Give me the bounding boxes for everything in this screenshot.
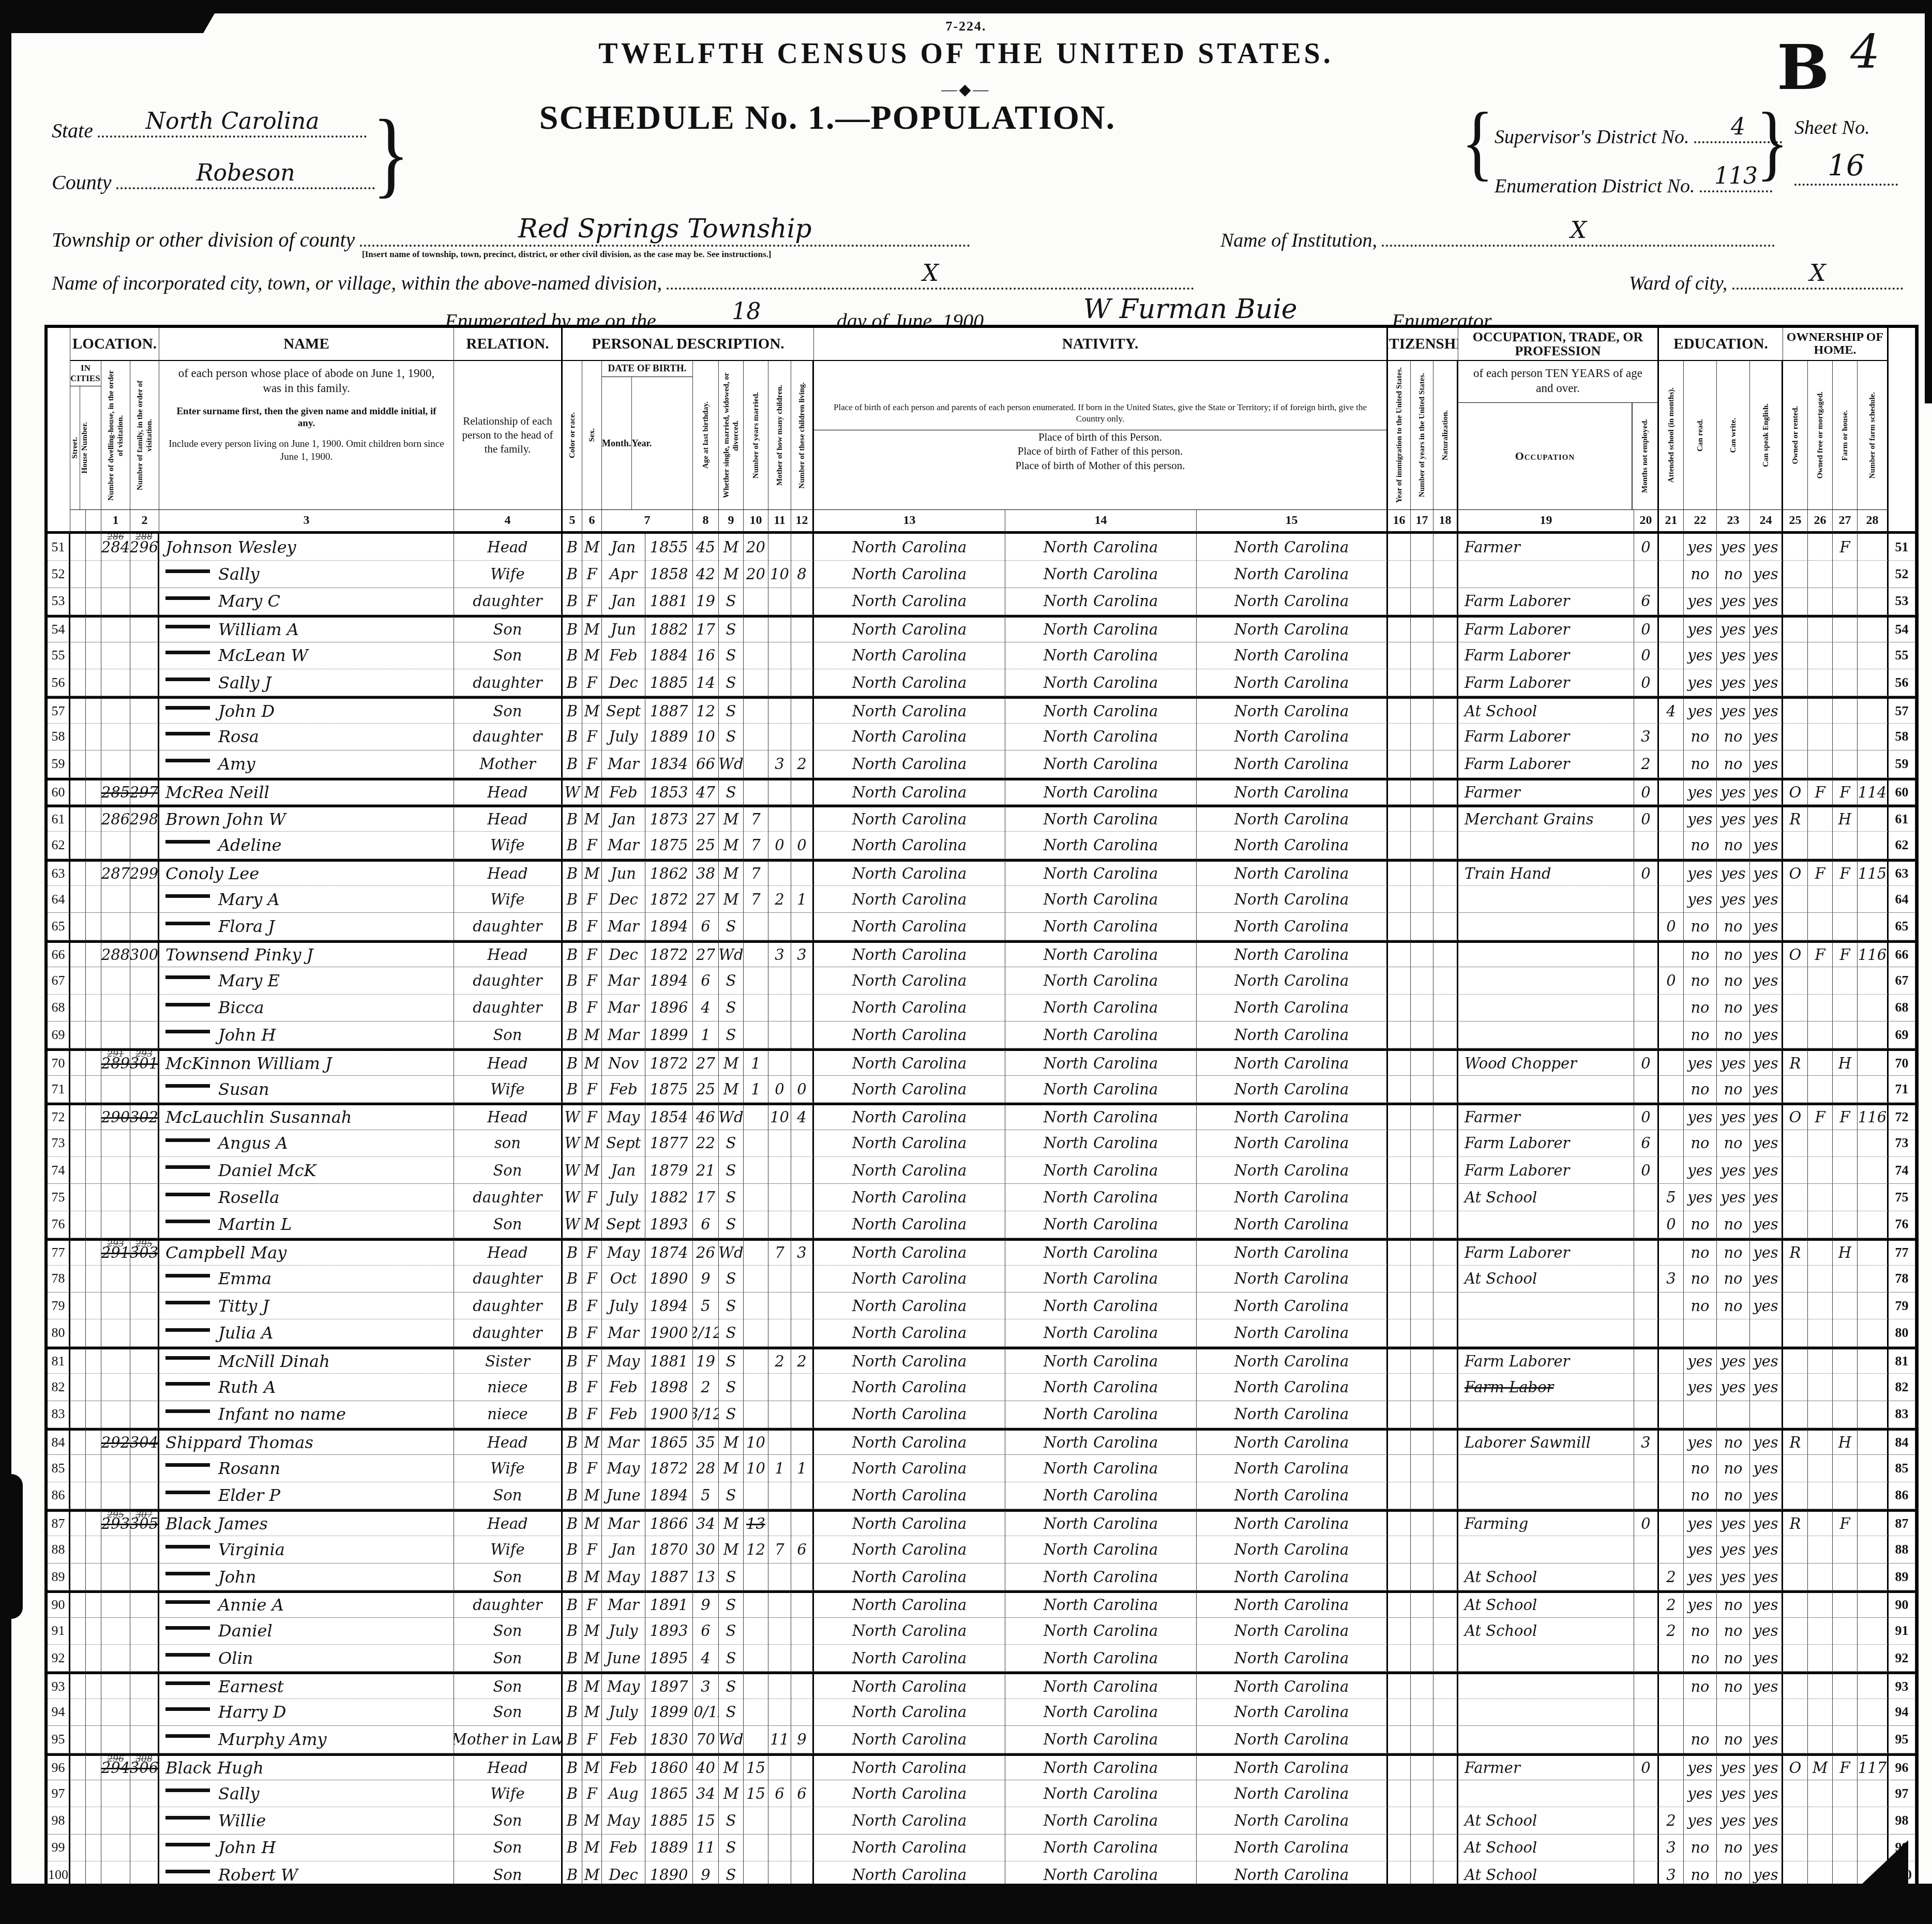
cell-house-number [86,1590,101,1617]
cell-house-number [86,1103,101,1130]
cell-years-married: 1 [744,1048,768,1075]
cell-farm-or-house [1833,832,1858,859]
cell-birthplace-mother: North Carolina [1197,1564,1388,1590]
cell-marital-status: M [719,1428,744,1455]
cell-birth-year: 1898 [645,1374,693,1401]
cell-naturalization [1433,1319,1458,1346]
cell-can-write: no [1717,1130,1750,1157]
cell-house-number [86,1319,101,1346]
cell-owned-or-rented [1783,750,1808,777]
cell-can-speak-english: yes [1750,1780,1783,1807]
cell-family-number: 305307 [130,1509,159,1536]
col-pob-mother: Place of birth of Mother of this person. [814,459,1386,473]
cell-sex: M [582,615,602,642]
cell-birth-month: May [602,1238,645,1265]
cell-farm-or-house [1833,588,1858,615]
cell-age: 12 [693,696,719,723]
cell-free-or-mortgaged [1808,642,1833,669]
cell-can-write: no [1717,1211,1750,1238]
cell-can-read: yes [1684,1590,1717,1617]
group-personal: PERSONAL DESCRIPTION. [563,328,814,361]
cell-months-not-employed: 0 [1634,1753,1659,1780]
cell-birthplace-person: North Carolina [814,1509,1005,1536]
row-number-right: 62 [1889,832,1915,859]
cell-years-in-us [1411,940,1433,967]
cell-dwelling-number [101,832,130,859]
ditto-mark [165,569,210,573]
cell-house-number [86,1292,101,1319]
cell-family-number [130,1130,159,1157]
cell-sex: M [582,696,602,723]
cell-years-in-us [1411,1319,1433,1346]
cell-mother-of-children [768,1835,791,1861]
ditto-mark [165,1707,210,1711]
cell-farm-schedule-no [1858,1374,1889,1401]
cell-street [70,724,86,750]
cell-attended-school [1659,561,1684,588]
cell-farm-or-house [1833,1211,1858,1238]
cell-street [70,1835,86,1861]
cell-attended-school: 2 [1659,1564,1684,1590]
row-number-left: 99 [48,1835,70,1861]
cell-birthplace-person: North Carolina [814,1645,1005,1672]
cell-years-in-us [1411,1726,1433,1753]
cell-occupation: Farm Laborer [1458,669,1634,696]
cell-sex: F [582,1184,602,1211]
cell-children-living [791,859,814,886]
column-number: 9 [719,510,744,534]
cell-house-number [86,1347,101,1374]
cell-year-immigration [1388,696,1411,723]
cell-birth-year: 1879 [645,1157,693,1184]
row-number-right: 53 [1889,588,1915,615]
cell-dwelling-number: 285 [101,778,130,805]
corrected-number: 295 [130,1240,158,1249]
cell-children-living [791,1564,814,1590]
cell-family-number [130,669,159,696]
cell-age: 6 [693,967,719,994]
cell-farm-schedule-no [1858,669,1889,696]
cell-can-speak-english: yes [1750,561,1783,588]
cell-birthplace-father: North Carolina [1005,1590,1197,1617]
row-number-right: 60 [1889,778,1915,805]
cell-family-number [130,588,159,615]
cell-year-immigration [1388,561,1411,588]
cell-naturalization [1433,1482,1458,1509]
cell-can-read: yes [1684,859,1717,886]
cell-years-married [744,913,768,940]
column-number: 17 [1411,510,1433,534]
column-number: 4 [454,510,563,534]
cell-farm-or-house [1833,1076,1858,1103]
cell-birthplace-father: North Carolina [1005,1319,1197,1346]
ward-line: Ward of city, X [1629,258,1903,295]
cell-relation: Wife [454,1076,563,1103]
cell-years-in-us [1411,1645,1433,1672]
cell-months-not-employed: 0 [1634,1048,1659,1075]
cell-marital-status: M [719,886,744,913]
township-line: Township or other division of county Red… [52,215,970,252]
cell-months-not-employed: 0 [1634,669,1659,696]
cell-name: Sally [159,561,454,588]
cell-birthplace-father: North Carolina [1005,1509,1197,1536]
cell-house-number [86,886,101,913]
cell-attended-school [1659,1455,1684,1482]
cell-can-write: no [1717,561,1750,588]
ditto-mark [165,1788,210,1792]
row-number-left: 80 [48,1319,70,1346]
cell-dwelling-number [101,1292,130,1319]
cell-years-in-us [1411,1021,1433,1048]
cell-name: Rosa [159,724,454,750]
cell-house-number [86,1482,101,1509]
cell-name: Willie [159,1807,454,1834]
group-name: NAME [159,328,454,361]
ditto-mark [165,1328,210,1332]
cell-birthplace-father: North Carolina [1005,1482,1197,1509]
row-number-left: 67 [48,967,70,994]
row-number-left: 66 [48,940,70,967]
cell-birthplace-mother: North Carolina [1197,1536,1388,1563]
cell-birthplace-mother: North Carolina [1197,1103,1388,1130]
census-sheet-scan: 7-224. TWELFTH CENSUS OF THE UNITED STAT… [0,0,1932,1924]
cell-can-speak-english: yes [1750,1672,1783,1698]
cell-marital-status: S [719,1645,744,1672]
cell-owned-or-rented [1783,696,1808,723]
cell-family-number [130,1807,159,1834]
row-number-left: 85 [48,1455,70,1482]
cell-mother-of-children: 7 [768,1536,791,1563]
cell-occupation [1458,1726,1634,1753]
cell-birth-month: Mar [602,1509,645,1536]
state-value: North Carolina [98,108,367,134]
cell-mother-of-children [768,967,791,994]
cell-family-number: 299 [130,859,159,886]
cell-sex: F [582,1347,602,1374]
cell-house-number [86,1699,101,1726]
col-can-write: Can write. [1717,361,1750,510]
cell-farm-schedule-no [1858,1536,1889,1563]
cell-dwelling-number [101,615,130,642]
cell-house-number [86,1780,101,1807]
cell-birthplace-father: North Carolina [1005,967,1197,994]
cell-attended-school: 3 [1659,1835,1684,1861]
row-number-right: 54 [1889,615,1915,642]
ditto-mark [165,596,210,600]
cell-can-speak-english: yes [1750,669,1783,696]
cell-street [70,1048,86,1075]
cell-relation: Head [454,1428,563,1455]
cell-occupation: Farm Laborer [1458,1238,1634,1265]
cell-year-immigration [1388,1590,1411,1617]
row-number-right: 82 [1889,1374,1915,1401]
cell-owned-or-rented [1783,1536,1808,1563]
cell-farm-or-house [1833,642,1858,669]
cell-mother-of-children: 10 [768,1103,791,1130]
cell-years-married [744,750,768,777]
state-line: State North Carolina [52,109,367,143]
cell-sex: M [582,1672,602,1698]
cell-age: 42 [693,561,719,588]
cell-can-speak-english: yes [1750,1428,1783,1455]
cell-farm-schedule-no [1858,1347,1889,1374]
cell-name: Black James [159,1509,454,1536]
cell-name: Susan [159,1076,454,1103]
cell-naturalization [1433,1048,1458,1075]
cell-sex: M [582,1699,602,1726]
cell-owned-or-rented: O [1783,1753,1808,1780]
cell-farm-schedule-no: 114 [1858,778,1889,805]
cell-year-immigration [1388,1238,1411,1265]
cell-birthplace-father: North Carolina [1005,1807,1197,1834]
cell-occupation [1458,561,1634,588]
ditto-mark [165,1356,210,1360]
cell-marital-status: S [719,1319,744,1346]
cell-street [70,832,86,859]
cell-can-read: yes [1684,1509,1717,1536]
cell-street [70,940,86,967]
cell-marital-status: M [719,1536,744,1563]
cell-occupation: Farm Laborer [1458,1347,1634,1374]
cell-age: 70 [693,1726,719,1753]
cell-house-number [86,1564,101,1590]
city-line: Name of incorporated city, town, or vill… [52,258,1194,295]
cell-relation: Wife [454,1455,563,1482]
cell-naturalization [1433,669,1458,696]
cell-can-write: yes [1717,1807,1750,1834]
row-number-right: 90 [1889,1590,1915,1617]
cell-years-in-us [1411,669,1433,696]
cell-can-read [1684,1699,1717,1726]
row-number-left: 95 [48,1726,70,1753]
cell-age: 1 [693,1021,719,1048]
cell-name: Daniel McK [159,1157,454,1184]
cell-free-or-mortgaged [1808,615,1833,642]
cell-relation: niece [454,1401,563,1428]
cell-birth-year: 1899 [645,1699,693,1726]
cell-attended-school [1659,778,1684,805]
cell-occupation: Farming [1458,1509,1634,1536]
cell-marital-status: M [719,1753,744,1780]
cell-name: Angus A [159,1130,454,1157]
cell-dwelling-number [101,1401,130,1428]
cell-color-or-race: B [563,561,582,588]
cell-house-number [86,1157,101,1184]
cell-months-not-employed [1634,967,1659,994]
cell-house-number [86,1807,101,1834]
cell-free-or-mortgaged [1808,1374,1833,1401]
cell-sex: F [582,940,602,967]
cell-attended-school [1659,1536,1684,1563]
cell-birthplace-mother: North Carolina [1197,1347,1388,1374]
cell-year-immigration [1388,1726,1411,1753]
cell-age: 3 [693,1672,719,1698]
cell-years-married [744,995,768,1021]
cell-children-living [791,778,814,805]
cell-relation: daughter [454,669,563,696]
cell-birthplace-person: North Carolina [814,1130,1005,1157]
cell-can-speak-english: yes [1750,1509,1783,1536]
cell-farm-or-house [1833,1564,1858,1590]
cell-color-or-race: W [563,1211,582,1238]
cell-occupation: Farm Labor [1458,1374,1634,1401]
cell-birthplace-mother: North Carolina [1197,642,1388,669]
cell-birth-year: 1890 [645,1266,693,1292]
cell-naturalization [1433,1455,1458,1482]
row-number-left: 61 [48,805,70,832]
ditto-mark [165,706,210,710]
row-number-left: 88 [48,1536,70,1563]
cell-age: 40 [693,1753,719,1780]
cell-can-write [1717,1319,1750,1346]
cell-can-speak-english: yes [1750,1292,1783,1319]
cell-sex: M [582,1482,602,1509]
cell-mother-of-children [768,642,791,669]
cell-naturalization [1433,1401,1458,1428]
cell-family-number [130,1266,159,1292]
cell-color-or-race: B [563,615,582,642]
cell-farm-schedule-no [1858,1780,1889,1807]
cell-can-write: yes [1717,642,1750,669]
cell-birth-month: July [602,724,645,750]
cell-months-not-employed [1634,1076,1659,1103]
cell-farm-schedule-no [1858,1455,1889,1482]
cell-family-number [130,1780,159,1807]
col-attended-school: Attended school (in months). [1659,361,1684,510]
cell-birthplace-person: North Carolina [814,913,1005,940]
cell-farm-schedule-no: 116 [1858,1103,1889,1130]
cell-free-or-mortgaged: F [1808,859,1833,886]
cell-children-living [791,1211,814,1238]
cell-family-number [130,1672,159,1698]
cell-owned-or-rented [1783,534,1808,561]
scan-edge-right [1925,0,1932,403]
cell-years-married: 10 [744,1428,768,1455]
cell-dwelling-number [101,1211,130,1238]
cell-relation: daughter [454,995,563,1021]
cell-children-living [791,1835,814,1861]
cell-birthplace-mother: North Carolina [1197,1021,1388,1048]
cell-can-read: yes [1684,1157,1717,1184]
cell-children-living [791,642,814,669]
cell-birthplace-father: North Carolina [1005,778,1197,805]
cell-farm-or-house [1833,1292,1858,1319]
cell-can-read: no [1684,750,1717,777]
cell-birth-month: June [602,1645,645,1672]
cell-marital-status: S [719,1401,744,1428]
cell-can-speak-english: yes [1750,1618,1783,1645]
cell-years-in-us [1411,1482,1433,1509]
cell-can-read: no [1684,724,1717,750]
cell-birthplace-mother: North Carolina [1197,724,1388,750]
cell-birthplace-mother: North Carolina [1197,1726,1388,1753]
cell-age: 15 [693,1807,719,1834]
cell-birth-month: Mar [602,967,645,994]
cell-sex: M [582,1509,602,1536]
cell-children-living [791,1292,814,1319]
cell-can-write: no [1717,967,1750,994]
cell-street [70,1347,86,1374]
col-naturalization: Naturalization. [1433,361,1458,510]
corrected-number: 293 [130,1050,158,1059]
cell-birth-month: July [602,1699,645,1726]
cell-birth-year: 1854 [645,1103,693,1130]
column-number: 27 [1833,510,1858,534]
cell-birthplace-mother: North Carolina [1197,534,1388,561]
row-number-left: 68 [48,995,70,1021]
cell-birthplace-person: North Carolina [814,859,1005,886]
row-number-left: 55 [48,642,70,669]
cell-birth-year: 1855 [645,534,693,561]
cell-farm-or-house [1833,1536,1858,1563]
cell-free-or-mortgaged [1808,534,1833,561]
cell-dwelling-number: 290 [101,1103,130,1130]
cell-name: Townsend Pinky J [159,940,454,967]
cell-farm-or-house [1833,1184,1858,1211]
cell-months-not-employed [1634,1347,1659,1374]
district-brace-close: } [1756,94,1788,191]
cell-name: John D [159,696,454,723]
city-label: Name of incorporated city, town, or vill… [52,273,662,294]
cell-birthplace-mother: North Carolina [1197,1753,1388,1780]
ditto-mark [165,625,210,628]
column-number: 14 [1005,510,1197,534]
cell-relation: Wife [454,832,563,859]
cell-name: Black Hugh [159,1753,454,1780]
cell-street [70,1238,86,1265]
row-number-left: 53 [48,588,70,615]
cell-mother-of-children: 2 [768,886,791,913]
cell-dwelling-number: 294296 [101,1753,130,1780]
cell-can-write: no [1717,1238,1750,1265]
name-note-1: of each person whose place of abode on J… [168,366,445,396]
cell-mother-of-children [768,859,791,886]
cell-owned-or-rented [1783,886,1808,913]
cell-years-in-us [1411,913,1433,940]
cell-age: 47 [693,778,719,805]
cell-farm-or-house [1833,696,1858,723]
cell-birth-year: 1887 [645,696,693,723]
cell-dwelling-number [101,1780,130,1807]
cell-family-number [130,1347,159,1374]
cell-years-married [744,1618,768,1645]
cell-years-married [744,1103,768,1130]
cell-marital-status: Wd [719,1103,744,1130]
supervisor-line: Supervisor's District No. 4 [1495,116,1782,148]
cell-farm-or-house [1833,1672,1858,1698]
cell-marital-status: S [719,588,744,615]
cell-birth-month: Mar [602,1021,645,1048]
cell-sex: M [582,1753,602,1780]
corrected-number: 286 [101,534,130,542]
cell-children-living [791,1184,814,1211]
cell-occupation: Farm Laborer [1458,642,1634,669]
cell-owned-or-rented [1783,1807,1808,1834]
cell-birthplace-person: North Carolina [814,750,1005,777]
cell-can-write: yes [1717,615,1750,642]
cell-birth-month: Oct [602,1266,645,1292]
cell-naturalization [1433,995,1458,1021]
cell-free-or-mortgaged [1808,967,1833,994]
cell-sex: M [582,1130,602,1157]
cell-birth-year: 1900 [645,1401,693,1428]
cell-years-married [744,1021,768,1048]
cell-age: 27 [693,940,719,967]
cell-mother-of-children: 0 [768,1076,791,1103]
cell-color-or-race: B [563,1564,582,1590]
cell-occupation: At School [1458,1266,1634,1292]
row-number-left: 94 [48,1699,70,1726]
